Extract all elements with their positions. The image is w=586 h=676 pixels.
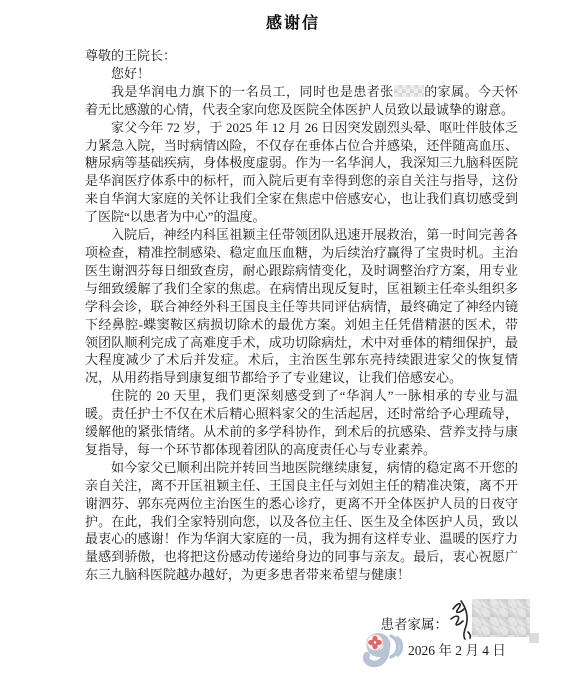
paragraph-admission: 家父今年 72 岁，于 2025 年 12 月 26 日因突发剧烈头晕、呕吐伴肢… bbox=[85, 119, 518, 226]
paragraph-gratitude: 如今家父已顺利出院并转回当地医院继续康复，病情的稳定离不开您的亲自关注，离不开匡… bbox=[85, 459, 518, 584]
intro-text-before: 我是华润电力旗下的一名员工，同时也是患者张 bbox=[111, 84, 394, 99]
sanjiu-999-logo-icon bbox=[362, 630, 406, 674]
letter-date: 2026 年 2 月 4 日 bbox=[408, 639, 506, 659]
letter-page: 感谢信 尊敬的王院长： 您好！ 我是华润电力旗下的一名员工，同时也是患者张的家属… bbox=[0, 0, 586, 676]
letter-body: 尊敬的王院长： 您好！ 我是华润电力旗下的一名员工，同时也是患者张的家属。今天怀… bbox=[85, 47, 518, 584]
paragraph-treatment: 入院后，神经内科匡祖颖主任带领团队迅速开展救治，第一时间完善各项检查，精准控制感… bbox=[85, 226, 518, 387]
greeting: 您好！ bbox=[85, 65, 518, 83]
paragraph-hospital-stay: 住院的 20 天里，我们更深刻感受到了“华润人”一脉相承的专业与温暖。责任护士不… bbox=[85, 387, 518, 459]
salutation: 尊敬的王院长： bbox=[85, 47, 518, 65]
redacted-patient-name bbox=[394, 85, 424, 97]
letter-title: 感谢信 bbox=[0, 10, 586, 33]
paragraph-intro: 我是华润电力旗下的一名员工，同时也是患者张的家属。今天怀着无比感激的心情，代表全… bbox=[85, 83, 518, 119]
signature-label: 患者家属： bbox=[381, 605, 449, 633]
date-row: 2026 年 2 月 4 日 bbox=[362, 630, 506, 674]
